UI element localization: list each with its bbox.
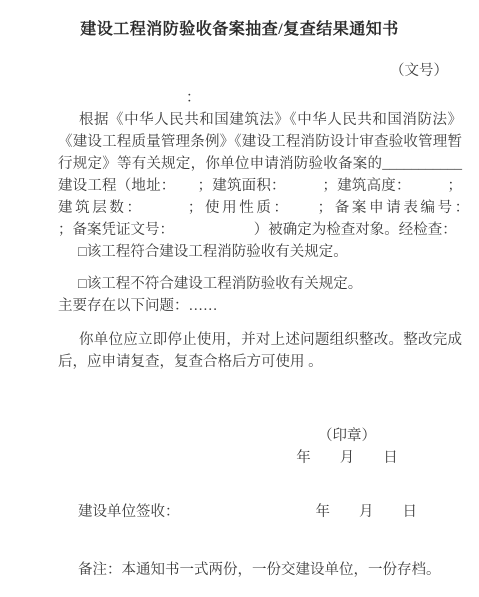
footnote: 备注：本通知书一式两份，一份交建设单位，一份存档。 <box>58 559 462 581</box>
seal-date-line: 年 月 日 <box>282 447 412 469</box>
sign-date-line: 年 月 日 <box>316 501 418 523</box>
doc-number-placeholder: （文号） <box>0 59 479 80</box>
option-fail-label: 该工程不符合建设工程消防验收有关规定。 <box>87 276 363 292</box>
signature-row: 建设单位签收： 年 月 日 <box>58 501 462 523</box>
option-pass-label: 该工程符合建设工程消防验收有关规定。 <box>87 244 348 260</box>
sign-label: 建设单位签收： <box>78 501 180 523</box>
document-body: 根据《中华人民共和国建筑法》《中华人民共和国消防法》《建设工程质量管理条例》《建… <box>58 109 462 581</box>
body-paragraph: 根据《中华人民共和国建筑法》《中华人民共和国消防法》《建设工程质量管理条例》《建… <box>58 109 462 241</box>
rectify-paragraph: 你单位应立即停止使用，并对上述问题组织整改。整改完成后，应申请复查，复查合格后方… <box>58 329 462 373</box>
option-pass-line: □该工程符合建设工程消防验收有关规定。 <box>58 241 462 263</box>
recipient-salutation-colon: ： <box>0 86 479 107</box>
problems-line: 主要存在以下问题：…… <box>58 295 462 317</box>
checkbox-fail-icon[interactable]: □ <box>78 276 87 292</box>
notice-document-page: 建设工程消防验收备案抽查/复查结果通知书 （文号） ： 根据《中华人民共和国建筑… <box>0 0 479 597</box>
option-fail-line: □该工程不符合建设工程消防验收有关规定。 <box>58 273 462 295</box>
page-title: 建设工程消防验收备案抽查/复查结果通知书 <box>0 0 479 39</box>
seal-placeholder: （印章） <box>282 425 412 447</box>
seal-date-block: （印章） 年 月 日 <box>282 425 412 469</box>
checkbox-pass-icon[interactable]: □ <box>78 244 87 260</box>
